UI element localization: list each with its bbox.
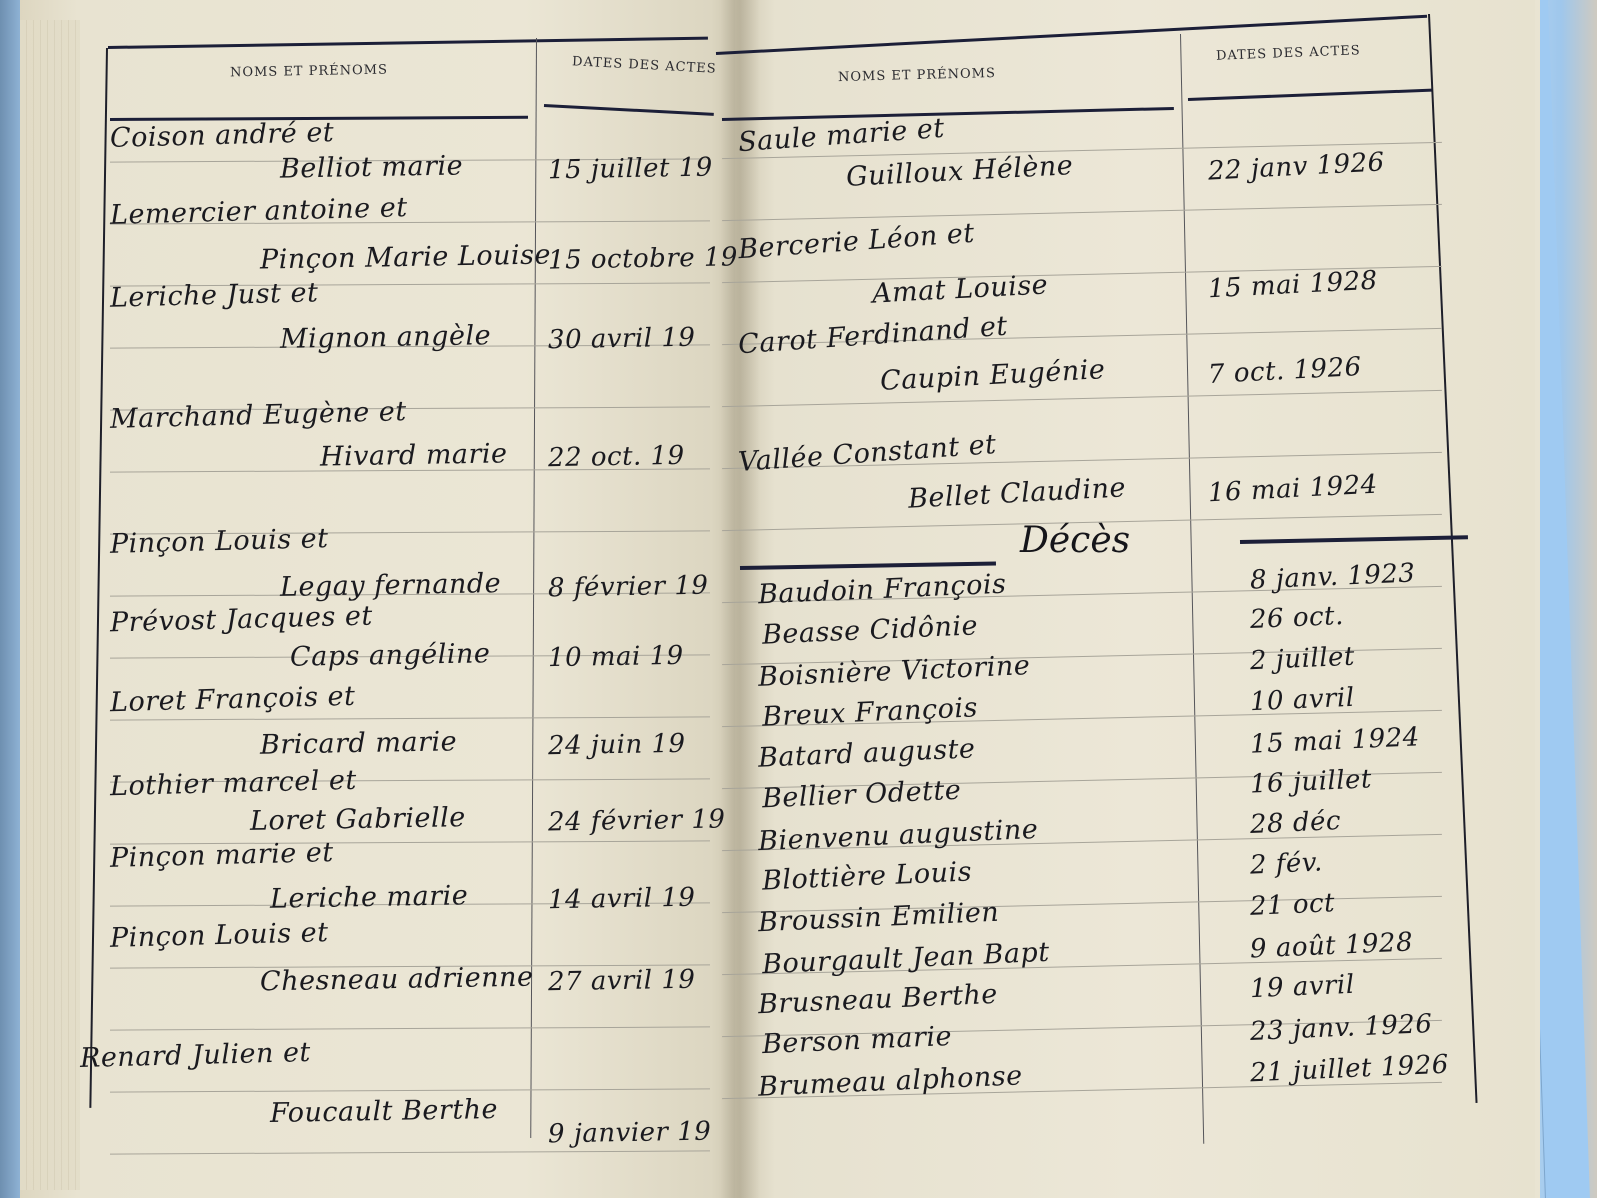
entry-groom-name: Loret François et	[110, 681, 356, 718]
entry-bride-name: Caps angéline	[290, 638, 491, 672]
entry-groom-name: Leriche Just et	[110, 277, 319, 313]
deces-section-title: Décès	[1020, 520, 1130, 561]
entry-bride-name: Bricard marie	[260, 726, 458, 760]
death-date: 19 avril	[1249, 970, 1355, 1005]
death-date: 28 déc	[1249, 806, 1341, 840]
entry-date: 15 juillet 19	[548, 153, 713, 186]
entry-date: 27 avril 19	[548, 965, 696, 998]
entry-groom-name: Pinçon marie et	[110, 837, 334, 874]
entry-bride-name: Pinçon Marie Louise	[260, 239, 551, 275]
entry-date: 9 janvier 19	[548, 1117, 712, 1150]
entry-bride-name: Legay fernande	[280, 568, 502, 603]
death-date: 26 oct.	[1249, 601, 1344, 635]
entry-groom-name: Pinçon Louis et	[110, 917, 329, 954]
entry-groom-name: Pinçon Louis et	[110, 523, 329, 560]
death-date: 21 oct	[1249, 888, 1335, 922]
gutter-shadow	[720, 0, 760, 1198]
entry-date: 22 oct. 19	[548, 441, 685, 473]
entry-groom-name: Renard Julien et	[80, 1037, 312, 1074]
entry-bride-name: Belliot marie	[280, 150, 464, 184]
left-header-names: NOMS ET PRÉNOMS	[230, 63, 388, 81]
entry-bride-name: Leriche marie	[270, 880, 469, 914]
entry-bride-name: Chesneau adrienne	[260, 962, 534, 998]
death-date: 2 fév.	[1249, 847, 1323, 880]
entry-date: 24 juin 19	[548, 729, 686, 761]
entry-bride-name: Mignon angèle	[280, 320, 492, 355]
page-edges	[20, 20, 80, 1190]
entry-date: 24 février 19	[548, 804, 726, 837]
entry-bride-name: Loret Gabrielle	[250, 802, 466, 837]
entry-bride-name: Foucault Berthe	[270, 1094, 499, 1129]
entry-groom-name: Coison andré et	[110, 117, 335, 154]
entry-bride-name: Hivard marie	[320, 438, 508, 472]
entry-date: 14 avril 19	[548, 883, 696, 916]
entry-groom-name: Lothier marcel et	[110, 765, 358, 802]
entry-date: 8 février 19	[548, 571, 709, 604]
entry-date: 30 avril 19	[548, 323, 696, 356]
death-date: 10 avril	[1249, 683, 1355, 718]
death-date: 16 juillet	[1249, 764, 1372, 799]
entry-date: 15 octobre 19	[548, 242, 738, 275]
death-date: 2 juillet	[1249, 642, 1355, 677]
entry-date: 10 mai 19	[548, 641, 684, 673]
